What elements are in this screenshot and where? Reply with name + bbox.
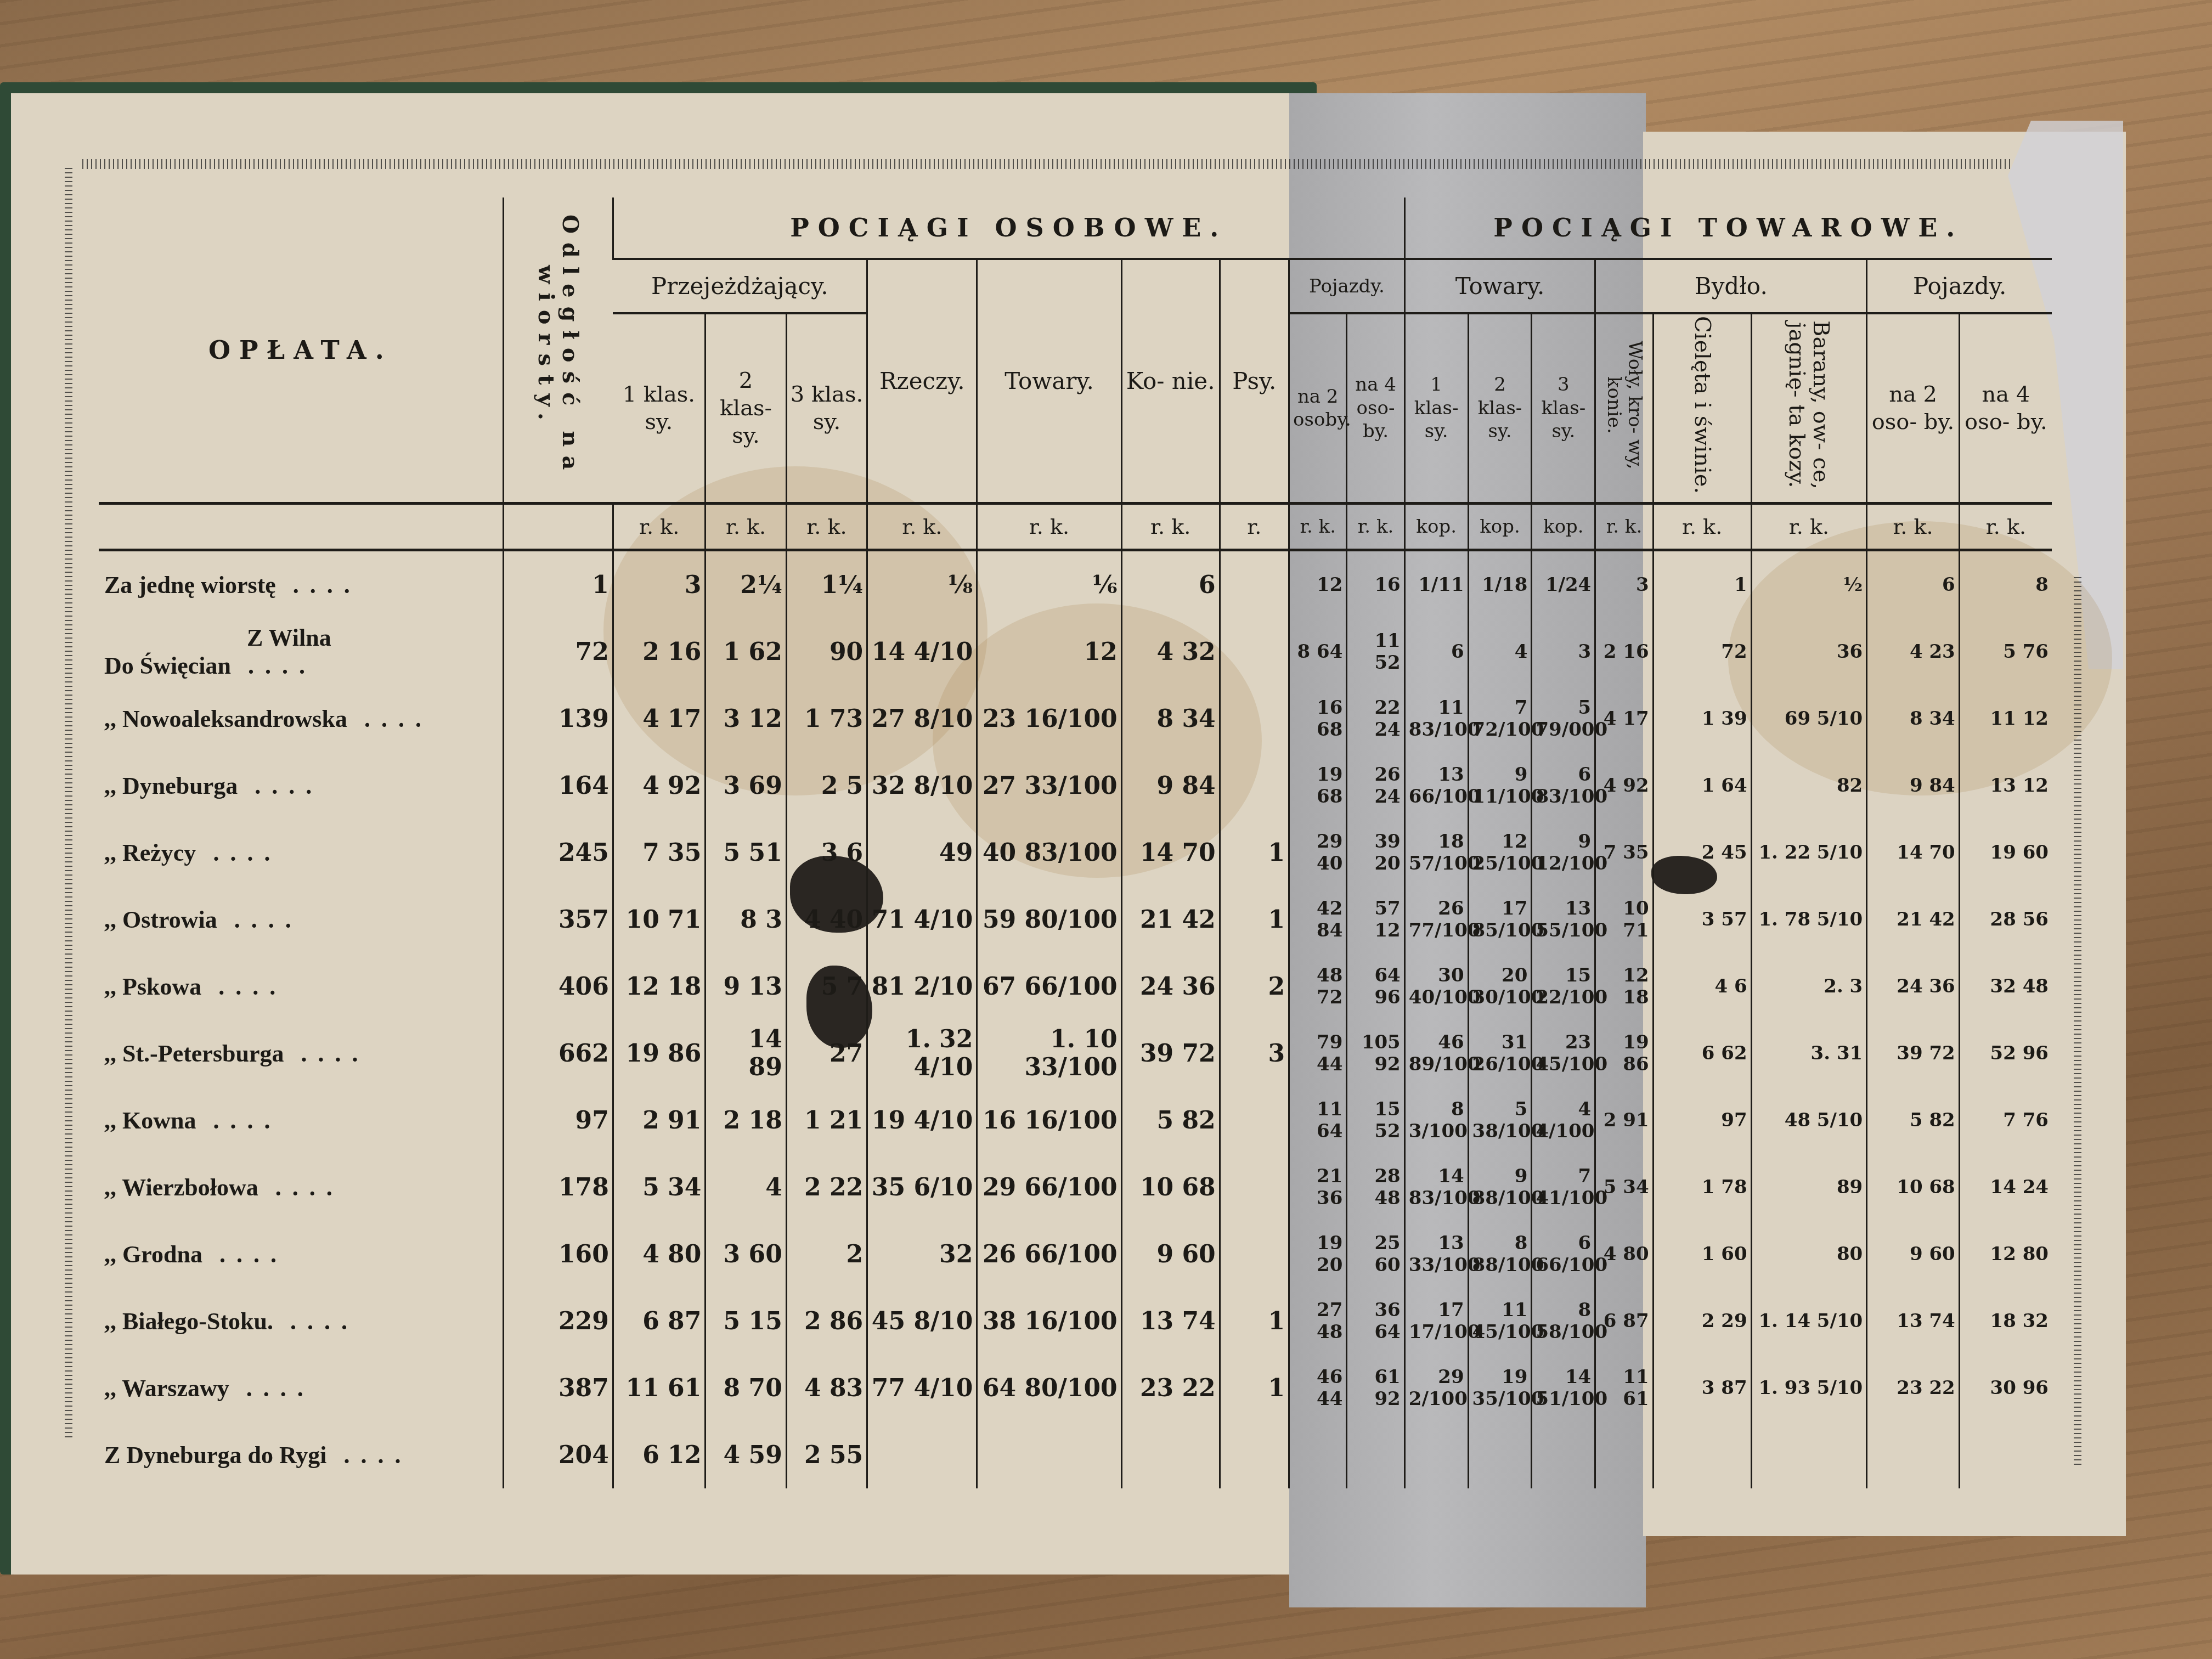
cell-f-veh2: 23 22 bbox=[1867, 1355, 1960, 1421]
cell-p-class2: 1 62 bbox=[706, 618, 786, 685]
cell-f-oxen: 4 17 bbox=[1595, 685, 1653, 752]
travellers-header: Przejeżdżający. bbox=[613, 259, 867, 313]
route-label: ,, St.-Petersburga bbox=[104, 1040, 284, 1067]
cell-p-veh4: 16 bbox=[1347, 550, 1404, 619]
unit-rk: r. k. bbox=[613, 504, 706, 550]
route-name: Z WilnaDo Święcian .... bbox=[99, 618, 503, 685]
cell-p-veh2: 27 48 bbox=[1289, 1288, 1347, 1355]
cell-f-goods2: 20 30/100 bbox=[1468, 953, 1532, 1020]
calves-header: Cielęta i świnie. bbox=[1653, 313, 1751, 504]
cell-p-class2: 3 69 bbox=[706, 752, 786, 819]
cell-f-goods2: 9 88/100 bbox=[1468, 1154, 1532, 1221]
route-label: Do Święcian bbox=[104, 652, 231, 679]
class-2-header: 2 klas- sy. bbox=[706, 313, 786, 504]
cell-f-goods3: 5 79/000 bbox=[1532, 685, 1595, 752]
cell-f-goods2: 9 11/100 bbox=[1468, 752, 1532, 819]
cell-p-veh4: 15 52 bbox=[1347, 1087, 1404, 1154]
cell-p-horses: 13 74 bbox=[1121, 1288, 1220, 1355]
cell-p-dogs bbox=[1220, 550, 1289, 619]
unit-blank bbox=[99, 504, 503, 550]
cell-p-veh4: 25 60 bbox=[1347, 1221, 1404, 1288]
cell-distance: 662 bbox=[503, 1020, 613, 1087]
cell-p-class2: 3 60 bbox=[706, 1221, 786, 1288]
goods-header: Towary. bbox=[977, 259, 1121, 504]
cell-f-goods1: 18 57/100 bbox=[1404, 819, 1468, 886]
cell-f-goods2 bbox=[1468, 1421, 1532, 1488]
cell-f-goods2: 7 72/100 bbox=[1468, 685, 1532, 752]
cell-f-veh2: 4 23 bbox=[1867, 618, 1960, 685]
cell-p-goods: 12 bbox=[977, 618, 1121, 685]
cell-p-class3: 1 21 bbox=[786, 1087, 867, 1154]
fare-header: OPŁATA. bbox=[99, 198, 503, 504]
cell-f-veh2: 9 84 bbox=[1867, 752, 1960, 819]
route-label: ,, Reżycy bbox=[104, 839, 196, 866]
cell-f-calves: 1 64 bbox=[1653, 752, 1751, 819]
cell-f-goods1: 13 66/100 bbox=[1404, 752, 1468, 819]
cell-f-goods1: 29 2/100 bbox=[1404, 1355, 1468, 1421]
cell-p-veh4: 64 96 bbox=[1347, 953, 1404, 1020]
cell-f-oxen bbox=[1595, 1421, 1653, 1488]
cell-f-goods1 bbox=[1404, 1421, 1468, 1488]
cell-p-horses: 39 72 bbox=[1121, 1020, 1220, 1087]
cell-p-dogs bbox=[1220, 1087, 1289, 1154]
cell-f-goods1: 46 89/100 bbox=[1404, 1020, 1468, 1087]
cell-f-sheep: 1. 93 5/10 bbox=[1751, 1355, 1867, 1421]
cell-p-class1: 7 35 bbox=[613, 819, 706, 886]
cell-p-class2: 8 3 bbox=[706, 886, 786, 953]
cell-p-horses: 5 82 bbox=[1121, 1087, 1220, 1154]
leader-dots: .... bbox=[231, 652, 316, 679]
class-3-header: 3 klas. sy. bbox=[786, 313, 867, 504]
cell-p-horses: 6 bbox=[1121, 550, 1220, 619]
cell-p-class1: 3 bbox=[613, 550, 706, 619]
route-label: ,, Pskowa bbox=[104, 973, 201, 1000]
cell-p-class3: 2 86 bbox=[786, 1288, 867, 1355]
goods-class-2-header: 2 klas- sy. bbox=[1468, 313, 1532, 504]
cell-f-veh4: 52 96 bbox=[1959, 1020, 2052, 1087]
cell-p-class3: 1 73 bbox=[786, 685, 867, 752]
cell-f-veh2: 14 70 bbox=[1867, 819, 1960, 886]
cell-f-veh4: 19 60 bbox=[1959, 819, 2052, 886]
cell-p-dogs bbox=[1220, 1154, 1289, 1221]
cell-p-dogs: 1 bbox=[1220, 1355, 1289, 1421]
cell-p-veh2: 19 68 bbox=[1289, 752, 1347, 819]
cell-p-class1: 2 91 bbox=[613, 1087, 706, 1154]
cell-f-veh2: 8 34 bbox=[1867, 685, 1960, 752]
cell-f-goods3: 23 45/100 bbox=[1532, 1020, 1595, 1087]
cell-p-baggage: 32 8/10 bbox=[867, 752, 977, 819]
cell-p-horses: 8 34 bbox=[1121, 685, 1220, 752]
cell-f-goods3: 7 41/100 bbox=[1532, 1154, 1595, 1221]
cell-p-class1: 4 17 bbox=[613, 685, 706, 752]
cell-f-goods3: 1/24 bbox=[1532, 550, 1595, 619]
cell-p-veh2: 12 bbox=[1289, 550, 1347, 619]
cell-f-goods2: 4 bbox=[1468, 618, 1532, 685]
cell-f-veh4: 32 48 bbox=[1959, 953, 2052, 1020]
cell-p-baggage: 45 8/10 bbox=[867, 1288, 977, 1355]
cell-f-goods2: 5 38/100 bbox=[1468, 1087, 1532, 1154]
unit-rk: r. k. bbox=[1751, 504, 1867, 550]
route-origin-label: Z Wilna bbox=[104, 624, 499, 652]
table-row: ,, Białego-Stoku. ....2296 875 152 8645 … bbox=[99, 1288, 2052, 1355]
baggage-header: Rzeczy. bbox=[867, 259, 977, 504]
cell-f-veh4: 14 24 bbox=[1959, 1154, 2052, 1221]
route-label: Za jednę wiorstę bbox=[104, 572, 276, 599]
leader-dots: .... bbox=[273, 1308, 358, 1335]
cell-p-class1: 4 92 bbox=[613, 752, 706, 819]
leader-dots: .... bbox=[229, 1375, 314, 1402]
vehicles-2-header: na 2 osoby. bbox=[1289, 313, 1347, 504]
table-row: ,, Dyneburga ....1644 923 692 532 8/1027… bbox=[99, 752, 2052, 819]
cell-p-goods: 29 66/100 bbox=[977, 1154, 1121, 1221]
cell-p-goods: 26 66/100 bbox=[977, 1221, 1121, 1288]
table-row: ,, Pskowa ....40612 189 135 781 2/1067 6… bbox=[99, 953, 2052, 1020]
table-row: ,, Reżycy ....2457 355 513 64940 83/1001… bbox=[99, 819, 2052, 886]
cell-p-dogs bbox=[1220, 1221, 1289, 1288]
cell-f-veh2: 13 74 bbox=[1867, 1288, 1960, 1355]
cell-f-goods2: 19 35/100 bbox=[1468, 1355, 1532, 1421]
cell-f-goods1: 8 3/100 bbox=[1404, 1087, 1468, 1154]
cell-f-oxen: 4 80 bbox=[1595, 1221, 1653, 1288]
cell-f-oxen: 3 bbox=[1595, 550, 1653, 619]
cell-p-goods: 59 80/100 bbox=[977, 886, 1121, 953]
cell-p-goods: 27 33/100 bbox=[977, 752, 1121, 819]
route-name: ,, Białego-Stoku. .... bbox=[99, 1288, 503, 1355]
cell-f-goods1: 14 83/100 bbox=[1404, 1154, 1468, 1221]
cell-p-veh4: 22 24 bbox=[1347, 685, 1404, 752]
cell-distance: 1 bbox=[503, 550, 613, 619]
table-row: Za jednę wiorstę ....132¼1¼⅛⅙612161/111/… bbox=[99, 550, 2052, 619]
cell-distance: 204 bbox=[503, 1421, 613, 1488]
cell-f-goods2: 11 45/100 bbox=[1468, 1288, 1532, 1355]
cell-f-goods3: 15 22/100 bbox=[1532, 953, 1595, 1020]
unit-rk: r. k. bbox=[1959, 504, 2052, 550]
cell-f-goods2: 31 26/100 bbox=[1468, 1020, 1532, 1087]
cell-f-veh4: 12 80 bbox=[1959, 1221, 2052, 1288]
cell-f-calves: 97 bbox=[1653, 1087, 1751, 1154]
cell-p-horses: 10 68 bbox=[1121, 1154, 1220, 1221]
cell-f-goods1: 11 83/100 bbox=[1404, 685, 1468, 752]
cell-p-class1: 6 12 bbox=[613, 1421, 706, 1488]
cell-p-dogs bbox=[1220, 685, 1289, 752]
distance-header: Odległość na wiorsty. bbox=[503, 198, 613, 504]
cell-f-goods3: 14 51/100 bbox=[1532, 1355, 1595, 1421]
leader-dots: .... bbox=[347, 706, 432, 732]
cell-f-sheep: ½ bbox=[1751, 550, 1867, 619]
cell-distance: 164 bbox=[503, 752, 613, 819]
unit-rk: r. k. bbox=[977, 504, 1121, 550]
vehicles-4-header: na 4 oso- by. bbox=[1347, 313, 1404, 504]
cell-p-veh2: 16 68 bbox=[1289, 685, 1347, 752]
cell-p-horses: 9 60 bbox=[1121, 1221, 1220, 1288]
cell-f-goods1: 6 bbox=[1404, 618, 1468, 685]
cell-p-veh4: 105 92 bbox=[1347, 1020, 1404, 1087]
unit-rk: r. k. bbox=[1867, 504, 1960, 550]
unit-blank bbox=[503, 504, 613, 550]
cell-f-veh2: 5 82 bbox=[1867, 1087, 1960, 1154]
cell-f-veh4: 30 96 bbox=[1959, 1355, 2052, 1421]
route-name: ,, St.-Petersburga .... bbox=[99, 1020, 503, 1087]
cell-p-goods: 23 16/100 bbox=[977, 685, 1121, 752]
cell-p-veh4: 39 20 bbox=[1347, 819, 1404, 886]
route-label: ,, Wierzbołowa bbox=[104, 1174, 258, 1201]
cell-p-class1: 12 18 bbox=[613, 953, 706, 1020]
route-label: ,, Dyneburga bbox=[104, 772, 238, 799]
unit-r: r. bbox=[1220, 504, 1289, 550]
cell-f-goods2: 12 25/100 bbox=[1468, 819, 1532, 886]
route-name: ,, Dyneburga .... bbox=[99, 752, 503, 819]
cell-p-veh2: 29 40 bbox=[1289, 819, 1347, 886]
cell-f-oxen: 6 87 bbox=[1595, 1288, 1653, 1355]
cell-p-horses: 14 70 bbox=[1121, 819, 1220, 886]
cell-distance: 357 bbox=[503, 886, 613, 953]
cell-p-class3: 4 40 bbox=[786, 886, 867, 953]
cell-f-calves: 3 57 bbox=[1653, 886, 1751, 953]
cell-p-baggage bbox=[867, 1421, 977, 1488]
table-row: ,, Kowna ....972 912 181 2119 4/1016 16/… bbox=[99, 1087, 2052, 1154]
route-label: ,, Nowoaleksandrowska bbox=[104, 706, 347, 732]
route-label: Z Dyneburga do Rygi bbox=[104, 1442, 327, 1469]
unit-rk: r. k. bbox=[867, 504, 977, 550]
cell-f-veh4: 18 32 bbox=[1959, 1288, 2052, 1355]
cell-f-sheep: 1. 22 5/10 bbox=[1751, 819, 1867, 886]
cell-p-horses: 4 32 bbox=[1121, 618, 1220, 685]
cell-f-goods1: 17 17/100 bbox=[1404, 1288, 1468, 1355]
cell-p-class3: 2 55 bbox=[786, 1421, 867, 1488]
cell-f-sheep: 48 5/10 bbox=[1751, 1087, 1867, 1154]
cell-p-baggage: 71 4/10 bbox=[867, 886, 977, 953]
cell-p-class2: 3 12 bbox=[706, 685, 786, 752]
cell-p-veh4: 26 24 bbox=[1347, 752, 1404, 819]
decorative-border-right bbox=[2074, 576, 2081, 1465]
cell-p-goods: 16 16/100 bbox=[977, 1087, 1121, 1154]
cell-f-goods3: 9 12/100 bbox=[1532, 819, 1595, 886]
goods-class-1-header: 1 klas- sy. bbox=[1404, 313, 1468, 504]
cell-p-veh4: 28 48 bbox=[1347, 1154, 1404, 1221]
leader-dots: .... bbox=[327, 1442, 412, 1469]
cell-f-goods2: 8 88/100 bbox=[1468, 1221, 1532, 1288]
cell-p-baggage: 49 bbox=[867, 819, 977, 886]
cell-f-goods1: 26 77/100 bbox=[1404, 886, 1468, 953]
cell-f-veh2: 9 60 bbox=[1867, 1221, 1960, 1288]
cell-p-class2: 4 bbox=[706, 1154, 786, 1221]
table-row: Z Dyneburga do Rygi ....2046 124 592 55 bbox=[99, 1421, 2052, 1488]
table-row: ,, Ostrowia ....35710 718 34 4071 4/1059… bbox=[99, 886, 2052, 953]
cell-f-sheep: 1. 78 5/10 bbox=[1751, 886, 1867, 953]
cell-f-veh4: 11 12 bbox=[1959, 685, 2052, 752]
cell-distance: 72 bbox=[503, 618, 613, 685]
leader-dots: .... bbox=[196, 1107, 281, 1134]
freight-vehicles-2-header: na 2 oso- by. bbox=[1867, 313, 1960, 504]
cell-p-baggage: 19 4/10 bbox=[867, 1087, 977, 1154]
cell-f-calves: 6 62 bbox=[1653, 1020, 1751, 1087]
table-row: ,, Warszawy ....38711 618 704 8377 4/106… bbox=[99, 1355, 2052, 1421]
cell-p-class3: 2 bbox=[786, 1221, 867, 1288]
passenger-trains-header: POCIĄGI OSOBOWE. bbox=[613, 198, 1404, 259]
cell-p-class1: 5 34 bbox=[613, 1154, 706, 1221]
cell-f-goods3: 13 55/100 bbox=[1532, 886, 1595, 953]
cell-p-class3: 5 7 bbox=[786, 953, 867, 1020]
cell-p-baggage: 77 4/10 bbox=[867, 1355, 977, 1421]
cell-p-baggage: 27 8/10 bbox=[867, 685, 977, 752]
cell-f-goods3: 6 83/100 bbox=[1532, 752, 1595, 819]
cell-distance: 139 bbox=[503, 685, 613, 752]
route-name: Z Dyneburga do Rygi .... bbox=[99, 1421, 503, 1488]
cell-f-sheep: 2. 3 bbox=[1751, 953, 1867, 1020]
cell-p-class1: 6 87 bbox=[613, 1288, 706, 1355]
cell-distance: 229 bbox=[503, 1288, 613, 1355]
cell-f-veh4: 7 76 bbox=[1959, 1087, 2052, 1154]
dogs-header: Psy. bbox=[1220, 259, 1289, 504]
cell-p-veh2: 8 64 bbox=[1289, 618, 1347, 685]
cell-p-dogs bbox=[1220, 1421, 1289, 1488]
cell-f-veh2: 39 72 bbox=[1867, 1020, 1960, 1087]
unit-rk: r. k. bbox=[1653, 504, 1751, 550]
cell-p-dogs: 1 bbox=[1220, 819, 1289, 886]
cell-p-veh2: 21 36 bbox=[1289, 1154, 1347, 1221]
cell-p-goods: 40 83/100 bbox=[977, 819, 1121, 886]
cell-f-goods2: 17 85/100 bbox=[1468, 886, 1532, 953]
cell-p-class1: 2 16 bbox=[613, 618, 706, 685]
cell-f-calves bbox=[1653, 1421, 1751, 1488]
cell-p-baggage: 81 2/10 bbox=[867, 953, 977, 1020]
route-name: ,, Reżycy .... bbox=[99, 819, 503, 886]
decorative-border-left bbox=[65, 165, 72, 1437]
cell-p-horses bbox=[1121, 1421, 1220, 1488]
cell-f-goods2: 1/18 bbox=[1468, 550, 1532, 619]
cell-p-goods: 64 80/100 bbox=[977, 1355, 1121, 1421]
cell-p-class2: 5 51 bbox=[706, 819, 786, 886]
cell-f-goods3: 8 58/100 bbox=[1532, 1288, 1595, 1355]
cattle-header: Bydło. bbox=[1595, 259, 1867, 313]
cell-distance: 387 bbox=[503, 1355, 613, 1421]
cell-p-veh2: 46 44 bbox=[1289, 1355, 1347, 1421]
goods-class-3-header: 3 klas- sy. bbox=[1532, 313, 1595, 504]
cell-p-class3: 3 6 bbox=[786, 819, 867, 886]
cell-f-goods3: 3 bbox=[1532, 618, 1595, 685]
cell-p-class2: 2¼ bbox=[706, 550, 786, 619]
unit-rk: r. k. bbox=[1289, 504, 1347, 550]
cell-p-class3: 4 83 bbox=[786, 1355, 867, 1421]
sheep-header: Barany, ow- ce, jagnię- ta kozy. bbox=[1751, 313, 1867, 504]
cell-p-baggage: 1. 32 4/10 bbox=[867, 1020, 977, 1087]
leader-dots: .... bbox=[201, 973, 286, 1000]
cell-distance: 178 bbox=[503, 1154, 613, 1221]
cell-p-class1: 10 71 bbox=[613, 886, 706, 953]
cell-f-sheep: 82 bbox=[1751, 752, 1867, 819]
leader-dots: .... bbox=[238, 772, 323, 799]
unit-rk: r. k. bbox=[1121, 504, 1220, 550]
class-1-header: 1 klas. sy. bbox=[613, 313, 706, 504]
route-label: ,, Kowna bbox=[104, 1107, 196, 1134]
route-label: ,, Warszawy bbox=[104, 1375, 229, 1402]
cell-p-horses: 23 22 bbox=[1121, 1355, 1220, 1421]
cell-p-horses: 9 84 bbox=[1121, 752, 1220, 819]
cell-p-class3: 2 5 bbox=[786, 752, 867, 819]
cell-p-class2: 2 18 bbox=[706, 1087, 786, 1154]
cell-p-class2: 14 89 bbox=[706, 1020, 786, 1087]
unit-rk: r. k. bbox=[1347, 504, 1404, 550]
cell-p-class1: 19 86 bbox=[613, 1020, 706, 1087]
cell-f-sheep: 36 bbox=[1751, 618, 1867, 685]
cell-p-dogs: 1 bbox=[1220, 1288, 1289, 1355]
cell-p-baggage: ⅛ bbox=[867, 550, 977, 619]
route-name: ,, Kowna .... bbox=[99, 1087, 503, 1154]
cell-f-calves: 2 29 bbox=[1653, 1288, 1751, 1355]
cell-p-class1: 4 80 bbox=[613, 1221, 706, 1288]
cell-p-veh4: 61 92 bbox=[1347, 1355, 1404, 1421]
cell-p-horses: 24 36 bbox=[1121, 953, 1220, 1020]
cell-f-oxen: 7 35 bbox=[1595, 819, 1653, 886]
cell-p-veh4 bbox=[1347, 1421, 1404, 1488]
cell-p-goods: 38 16/100 bbox=[977, 1288, 1121, 1355]
table-row: ,, Grodna ....1604 803 6023226 66/1009 6… bbox=[99, 1221, 2052, 1288]
leader-dots: .... bbox=[258, 1174, 343, 1201]
cell-f-veh4: 13 12 bbox=[1959, 752, 2052, 819]
cell-p-dogs bbox=[1220, 618, 1289, 685]
route-name: ,, Grodna .... bbox=[99, 1221, 503, 1288]
route-label: ,, Grodna bbox=[104, 1241, 202, 1268]
cell-p-veh2: 19 20 bbox=[1289, 1221, 1347, 1288]
cell-p-horses: 21 42 bbox=[1121, 886, 1220, 953]
cell-p-goods: ⅙ bbox=[977, 550, 1121, 619]
table-row: ,, Wierzbołowa ....1785 3442 2235 6/1029… bbox=[99, 1154, 2052, 1221]
cell-p-veh2: 79 44 bbox=[1289, 1020, 1347, 1087]
unit-kop: kop. bbox=[1532, 504, 1595, 550]
cell-f-calves: 1 bbox=[1653, 550, 1751, 619]
fare-table-body: Za jednę wiorstę ....132¼1¼⅛⅙612161/111/… bbox=[99, 550, 2052, 1489]
cell-p-veh2: 48 72 bbox=[1289, 953, 1347, 1020]
passenger-vehicles-header: Pojazdy. bbox=[1289, 259, 1405, 313]
cell-p-dogs bbox=[1220, 752, 1289, 819]
cell-p-goods: 1. 10 33/100 bbox=[977, 1020, 1121, 1087]
table-row: Z WilnaDo Święcian ....722 161 629014 4/… bbox=[99, 618, 2052, 685]
cell-f-veh4: 5 76 bbox=[1959, 618, 2052, 685]
cell-p-dogs: 1 bbox=[1220, 886, 1289, 953]
cell-f-goods1: 1/11 bbox=[1404, 550, 1468, 619]
route-name: ,, Warszawy .... bbox=[99, 1355, 503, 1421]
horses-header: Ko- nie. bbox=[1121, 259, 1220, 504]
cell-p-class2: 9 13 bbox=[706, 953, 786, 1020]
cell-p-class3: 2 22 bbox=[786, 1154, 867, 1221]
cell-distance: 245 bbox=[503, 819, 613, 886]
unit-rk: r. k. bbox=[706, 504, 786, 550]
cell-p-class2: 8 70 bbox=[706, 1355, 786, 1421]
cell-p-baggage: 14 4/10 bbox=[867, 618, 977, 685]
cell-f-veh2: 6 bbox=[1867, 550, 1960, 619]
cell-f-sheep: 80 bbox=[1751, 1221, 1867, 1288]
route-name: Za jednę wiorstę .... bbox=[99, 550, 503, 619]
cell-p-veh2: 11 64 bbox=[1289, 1087, 1347, 1154]
decorative-border-top bbox=[82, 159, 2013, 169]
fare-table: OPŁATA. Odległość na wiorsty. POCIĄGI OS… bbox=[99, 198, 2052, 1488]
cell-f-calves: 3 87 bbox=[1653, 1355, 1751, 1421]
cell-f-sheep: 1. 14 5/10 bbox=[1751, 1288, 1867, 1355]
leader-dots: .... bbox=[202, 1241, 287, 1268]
cell-f-goods3: 6 66/100 bbox=[1532, 1221, 1595, 1288]
cell-p-dogs: 3 bbox=[1220, 1020, 1289, 1087]
unit-kop: kop. bbox=[1468, 504, 1532, 550]
cell-f-sheep bbox=[1751, 1421, 1867, 1488]
cell-f-calves: 72 bbox=[1653, 618, 1751, 685]
cell-p-baggage: 35 6/10 bbox=[867, 1154, 977, 1221]
cell-p-dogs: 2 bbox=[1220, 953, 1289, 1020]
cell-f-veh2: 24 36 bbox=[1867, 953, 1960, 1020]
route-name: ,, Nowoaleksandrowska .... bbox=[99, 685, 503, 752]
cell-p-class3: 90 bbox=[786, 618, 867, 685]
cell-f-goods1: 30 40/100 bbox=[1404, 953, 1468, 1020]
route-label: ,, Ostrowia bbox=[104, 906, 217, 933]
